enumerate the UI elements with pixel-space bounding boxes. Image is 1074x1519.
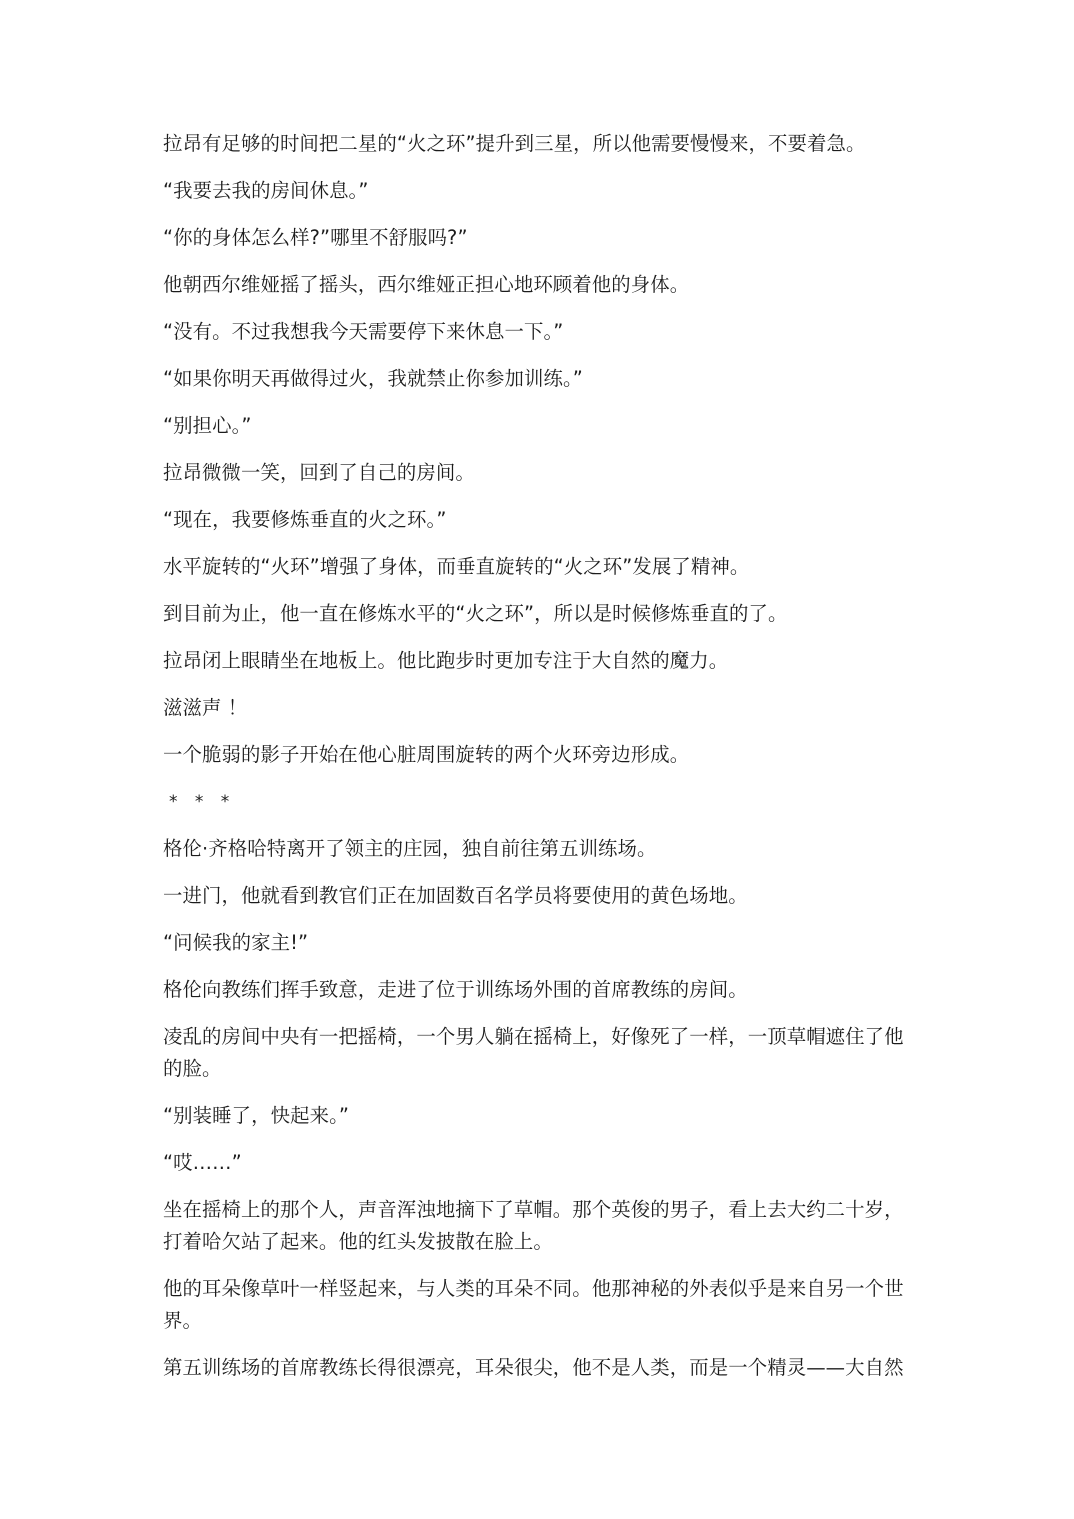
paragraph: “别装睡了，快起来。”: [163, 1100, 915, 1132]
paragraph: 拉昂微微一笑，回到了自己的房间。: [163, 457, 915, 489]
paragraph: 格伦向教练们挥手致意，走进了位于训练场外围的首席教练的房间。: [163, 974, 915, 1006]
paragraph: 一个脆弱的影子开始在他心脏周围旋转的两个火环旁边形成。: [163, 739, 915, 771]
paragraph: 坐在摇椅上的那个人，声音浑浊地摘下了草帽。那个英俊的男子，看上去大约二十岁，打着…: [163, 1194, 915, 1258]
paragraph: 第五训练场的首席教练长得很漂亮，耳朵很尖，他不是人类，而是一个精灵——大自然: [163, 1352, 915, 1384]
paragraph: 滋滋声 ！: [163, 692, 915, 724]
paragraph: “哎……”: [163, 1147, 915, 1179]
paragraph: 水平旋转的“火环”增强了身体，而垂直旋转的“火之环”发展了精神。: [163, 551, 915, 583]
paragraph: “你的身体怎么样?”哪里不舒服吗?”: [163, 222, 915, 254]
paragraph: 拉昂有足够的时间把二星的“火之环”提升到三星，所以他需要慢慢来，不要着急。: [163, 128, 915, 160]
paragraph: 到目前为止，他一直在修炼水平的“火之环”，所以是时候修炼垂直的了。: [163, 598, 915, 630]
paragraph: “我要去我的房间休息。”: [163, 175, 915, 207]
paragraph: 凌乱的房间中央有一把摇椅，一个男人躺在摇椅上，好像死了一样，一顶草帽遮住了他的脸…: [163, 1021, 915, 1085]
paragraph: “如果你明天再做得过火，我就禁止你参加训练。”: [163, 363, 915, 395]
paragraph: “问候我的家主!”: [163, 927, 915, 959]
paragraph: 他朝西尔维娅摇了摇头，西尔维娅正担心地环顾着他的身体。: [163, 269, 915, 301]
paragraph: “现在，我要修炼垂直的火之环。”: [163, 504, 915, 536]
paragraph: “没有。不过我想我今天需要停下来休息一下。”: [163, 316, 915, 348]
paragraph: “别担心。”: [163, 410, 915, 442]
paragraph: 格伦·齐格哈特离开了领主的庄园，独自前往第五训练场。: [163, 833, 915, 865]
paragraph: 一进门，他就看到教官们正在加固数百名学员将要使用的黄色场地。: [163, 880, 915, 912]
paragraph: 拉昂闭上眼睛坐在地板上。他比跑步时更加专注于大自然的魔力。: [163, 645, 915, 677]
document-page: 拉昂有足够的时间把二星的“火之环”提升到三星，所以他需要慢慢来，不要着急。 “我…: [163, 128, 915, 1399]
section-separator: * * *: [163, 786, 915, 818]
paragraph: 他的耳朵像草叶一样竖起来，与人类的耳朵不同。他那神秘的外表似乎是来自另一个世界。: [163, 1273, 915, 1337]
